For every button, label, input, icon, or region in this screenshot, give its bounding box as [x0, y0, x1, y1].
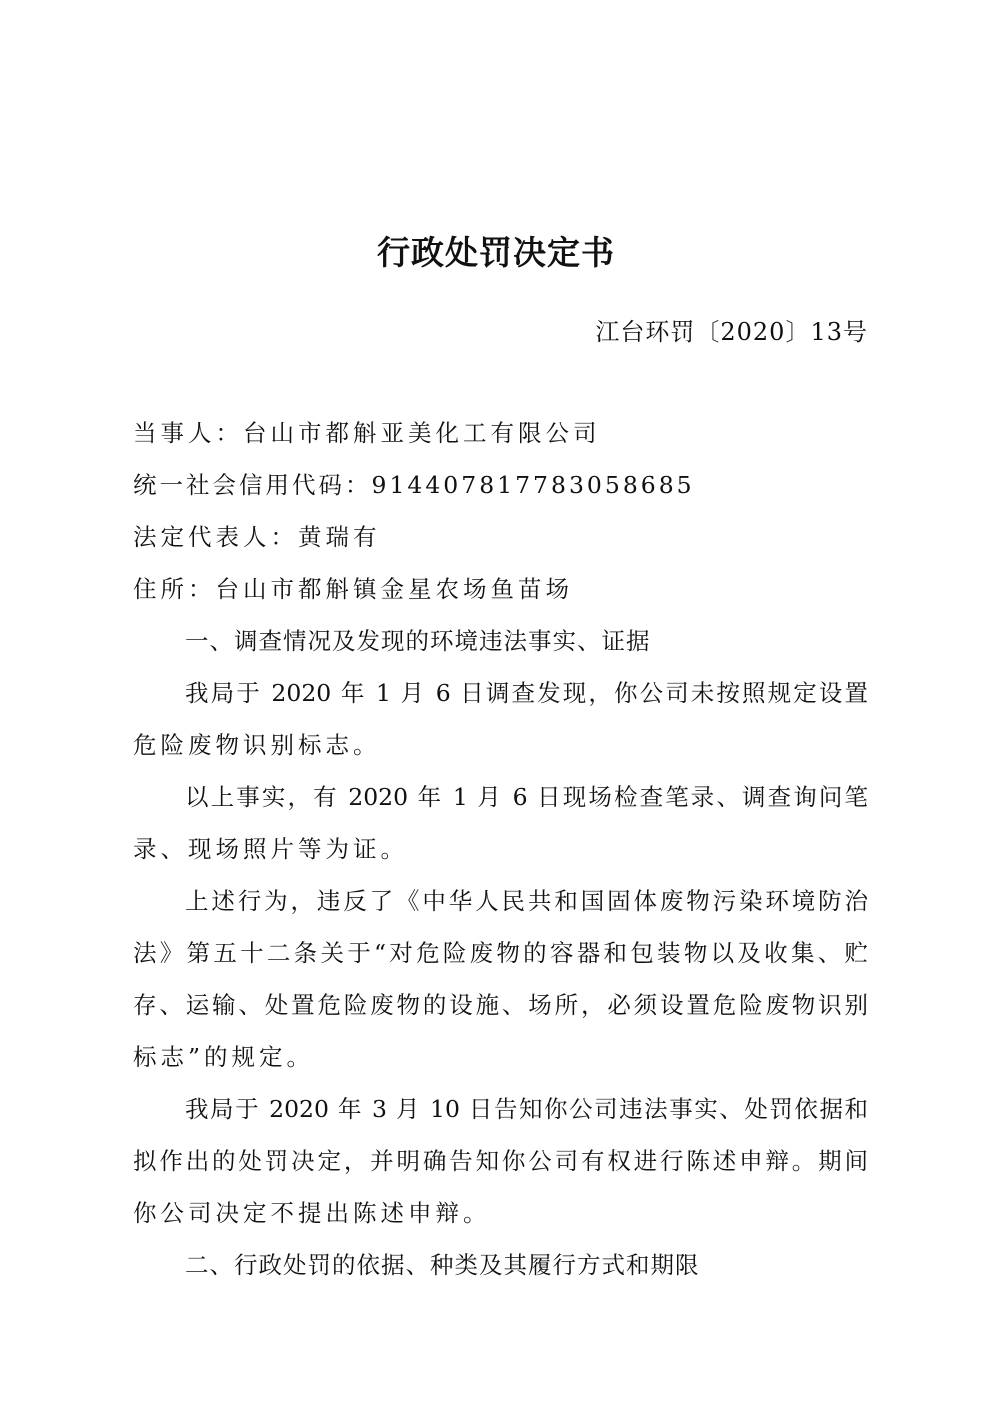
document-number: 江台环罚〔2020〕13号	[595, 312, 868, 352]
section-heading-2: 二、行政处罚的依据、种类及其履行方式和期限	[185, 1245, 868, 1285]
paragraph-line: 以上事实，有 2020 年 1 月 6 日现场检查笔录、调查询问笔	[185, 777, 868, 817]
paragraph-line: 标志”的规定。	[133, 1037, 868, 1077]
section-heading-1: 一、调查情况及发现的环境违法事实、证据	[185, 621, 868, 661]
document-page: 行政处罚决定书 江台环罚〔2020〕13号 当事人：台山市都斛亚美化工有限公司 …	[0, 0, 992, 1403]
party-name: 当事人：台山市都斛亚美化工有限公司	[133, 413, 868, 453]
paragraph-line: 拟作出的处罚决定，并明确告知你公司有权进行陈述申辩。期间	[133, 1141, 868, 1181]
paragraph-line: 存、运输、处置危险废物的设施、场所，必须设置危险废物识别	[133, 985, 868, 1025]
document-title: 行政处罚决定书	[0, 228, 992, 278]
address: 住所：台山市都斛镇金星农场鱼苗场	[133, 569, 868, 609]
paragraph-line: 法》第五十二条关于“对危险废物的容器和包装物以及收集、贮	[133, 933, 868, 973]
paragraph-line: 你公司决定不提出陈述申辩。	[133, 1193, 868, 1233]
paragraph-line: 危险废物识别标志。	[133, 725, 868, 765]
paragraph-line: 上述行为，违反了《中华人民共和国固体废物污染环境防治	[185, 881, 868, 921]
paragraph-line: 录、现场照片等为证。	[133, 829, 868, 869]
paragraph-line: 我局于 2020 年 3 月 10 日告知你公司违法事实、处罚依据和	[185, 1089, 868, 1129]
legal-representative: 法定代表人：黄瑞有	[133, 517, 868, 557]
credit-code: 统一社会信用代码：914407817783058685	[133, 465, 868, 505]
paragraph-line: 我局于 2020 年 1 月 6 日调查发现，你公司未按照规定设置	[185, 673, 868, 713]
